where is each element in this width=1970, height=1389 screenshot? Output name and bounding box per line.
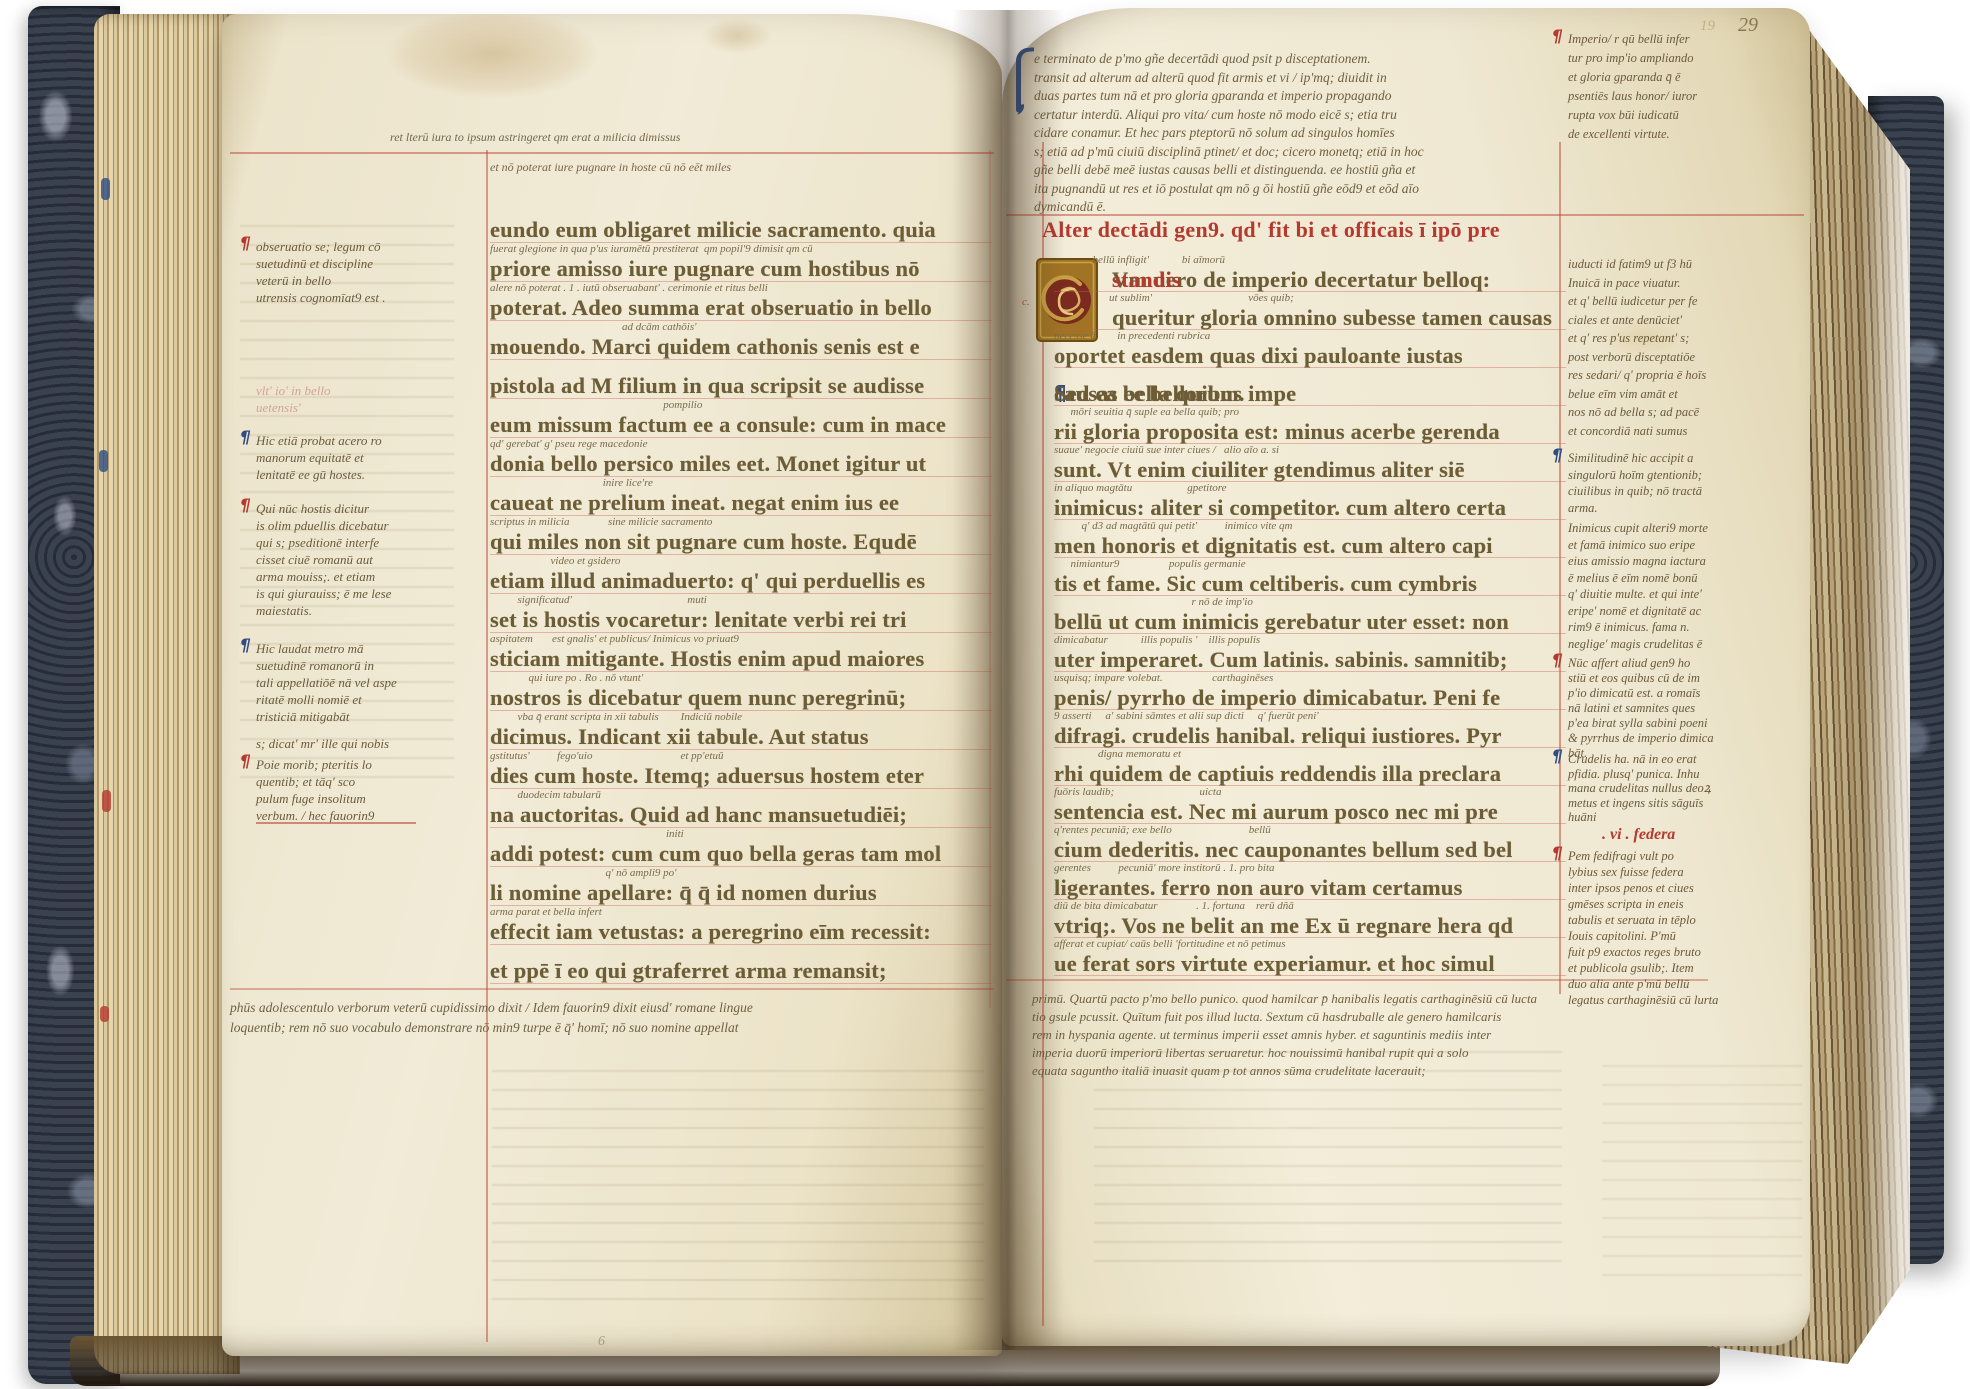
commentary-line: primū. Quartū pacto p'mo bello punico. q… [1032,990,1580,1008]
rubric-heading: Alter dectādi gen9. qd' fit bi et offica… [1042,217,1682,243]
margin-note-text: Imperio/ r qū bellū infer tur pro imp'io… [1568,30,1810,144]
text-line: et ppē ī eo qui gtraferret arma remansit… [490,945,992,984]
interlinear-gloss [490,945,992,958]
paragraph-mark-icon: ¶ [1552,448,1563,465]
main-text-column: eundo eum obligaret milicie sacramento. … [490,204,992,984]
commentary-line: duas partes tum nā et pro gloria gparand… [1034,87,1568,106]
margin-rubric-heading: . vi . federa [1602,826,1675,844]
interlinear-gloss [1054,368,1566,381]
ruling-horizontal [230,988,994,990]
commentary-line: loquentib; rem nō suo vocabulo demonstra… [230,1018,996,1038]
paragraph-mark-icon: ¶ [1552,750,1563,765]
paragraph-mark-remnant-icon [100,1006,109,1022]
header-gloss-line: et nō poterat iure pugnare in hoste cū n… [490,160,731,175]
interlinear-gloss: fuōris laudib; uicta [1054,786,1566,799]
text-line: 9 asserti a' sabini sāmtes et alii sup d… [1054,710,1566,748]
interlinear-gloss: vba q̄ erant scripta in xii tabulis Indi… [490,711,992,724]
text-line: in aliquo magtātu gpetitore inimicus: al… [1054,482,1566,520]
text-line: alere nō poterat . 1 . iutū obseruabant'… [490,282,992,321]
text-line: necesse ē in precedenti rubrica oportet … [1054,330,1566,368]
text-line: aspitatem est gnalis' et publicus/ Inimi… [490,633,992,672]
left-page: ret lterū iura to ipsum astringeret qm e… [222,14,1002,1356]
text-line: gstitutus' fego'uio et pp'etuū dies cum … [490,750,992,789]
text-line: significatud' muti set is hostis vocaret… [490,594,992,633]
text-line: video et gsidero etiam illud animaduerto… [490,555,992,594]
margin-note-text: Qui nūc hostis dicitur is olim pduellis … [256,500,512,619]
blue-initial-bracket-icon [1016,47,1034,113]
margin-note-text: Poie morib; pteritis lo quentib; et tāq'… [256,756,512,824]
bottom-commentary: phūs adolescentulo verborum veterū cupid… [230,998,996,1038]
interlinear-gloss: qui iure po . Ro . nō vtunt' [490,672,992,685]
text-line: suaue' negocie ciuiū sue inter ciues / a… [1054,444,1566,482]
ruling-horizontal [230,152,994,154]
text-line: fuōris laudib; uicta sentencia est. Nec … [1054,786,1566,824]
interlinear-gloss: inire lice're [490,477,992,490]
paragraph-mark-icon: ¶ [1552,846,1563,862]
interlinear-gloss: diū de bita dimicabatur . 1. fortuna rer… [1054,900,1566,913]
interlinear-gloss: gerentes pecuniā' more institorū . 1. pr… [1054,862,1566,875]
margin-note-text: Inimicus cupit alteri9 morte et famā ini… [1568,520,1810,652]
paragraph-mark-remnant-icon [102,790,111,812]
paragraph-mark-icon: ¶ [240,430,251,447]
interlinear-gloss: video et gsidero [490,555,992,568]
text-line: initi addi potest: cum cum quo bella ger… [490,828,992,867]
interlinear-gloss: scriptus in milicia sine milicie sacrame… [490,516,992,529]
text-line: q'rentes pecuniā; exe bello bellū cium d… [1054,824,1566,862]
commentary-line: equata saguntho italiā inuasit quam p to… [1032,1062,1580,1080]
commentary-line: transit ad alterum ad alterū quod fit ar… [1034,69,1568,88]
margin-note: ¶Qui nūc hostis dicitur is olim pduellis… [256,500,512,619]
interlinear-gloss: suaue' negocie ciuiū sue inter ciues / a… [1054,444,1566,457]
margin-note-text: Hic etiā probat acero ro manorum equitat… [256,432,512,483]
margin-note: ¶Crudelis ha. nā in eo erat pfidia. plus… [1568,752,1810,825]
interlinear-gloss: bellū infligit' bi aīmorū [1054,254,1566,267]
interlinear-gloss: usquisq; impare volebat. carthaginēses [1054,672,1566,685]
text-line: nimiantur9 populis germanie tis et fame.… [1054,558,1566,596]
interlinear-gloss: pompilio [490,399,992,412]
text-line: causas ee bellorum.¶ Sed ea bella quibus… [1054,368,1566,406]
commentary-line: ita pugnandū ut res et iō postulat qm nō… [1034,180,1568,199]
rubricated-word: standis [1112,267,1181,292]
paragraph-mark-icon: ¶ [240,638,251,655]
text-line: usquisq; impare volebat. carthaginēses p… [1054,672,1566,710]
illuminator-guide-letter: c. [1022,296,1030,308]
text-line: pistola ad M filium in qua scripsit se a… [490,360,992,399]
margin-note: ¶Similitudinē hic accipit a singulorū ho… [1568,450,1810,516]
commentary-line: gñe belli debē meē iustas causas belli e… [1034,161,1568,180]
margin-note-text: Similitudinē hic accipit a singulorū hoī… [1568,450,1810,516]
commentary-line: certatur interdū. Aliqui pro vita/ cum h… [1034,106,1568,125]
text-line: eundo eum obligaret milicie sacramento. … [490,204,992,243]
interlinear-gloss: fuerat glegione in qua p'us iuramētū pre… [490,243,992,256]
main-text-column: bellū infligit' bi aīmorū Vm uero de imp… [1054,254,1566,976]
text-line: duodecim tabularū na auctoritas. Quid ad… [490,789,992,828]
commentary-line: cidare conamur. Et hec pars pteptorū nō … [1034,124,1568,143]
margin-note: ¶Nūc affert aliud gen9 ho stiū et eos qu… [1568,656,1810,761]
interlinear-gloss: dimicabatur illis populis ' illis populi… [1054,634,1566,647]
interlinear-gloss: ad dcām cathōis' [490,321,992,334]
commentary-line: phūs adolescentulo verborum veterū cupid… [230,998,996,1018]
interlinear-gloss: digna memoratu et [1054,748,1566,761]
margin-note: ¶Poie morib; pteritis lo quentib; et tāq… [256,756,512,824]
paragraph-mark-remnant-icon [101,178,110,200]
paragraph-mark-remnant-icon [99,450,108,472]
margin-note-text: vlt' io' in bello uetensis' [256,382,512,416]
right-page: 19 29 e terminato de p'mo gñe decertādi … [1002,8,1810,1346]
interlinear-gloss: qd' gerebat' g' pseu rege macedonie [490,438,992,451]
interlinear-gloss: initi [490,828,992,841]
margin-note: vlt' io' in bello uetensis' [256,382,512,416]
commentary-line: rem in hyspania agente. ut terminus impe… [1032,1026,1580,1044]
margin-note: s; dicat' mr' ille qui nobis [256,735,512,752]
interlinear-gloss: ut sublim' vōes quib; [1054,292,1566,305]
interlinear-gloss: q'rentes pecuniā; exe bello bellū [1054,824,1566,837]
text-line: bellū infligit' bi aīmorū Vm uero de imp… [1054,254,1566,292]
interlinear-gloss: q' nō ampli9 po' [490,867,992,880]
text-line: qd' gerebat' g' pseu rege macedonie doni… [490,438,992,477]
quire-mark: 6 [598,1334,605,1350]
margin-note-text: Pem fedifragi vult po lybius sex fuisse … [1568,848,1810,1008]
text-line: digna memoratu et rhi quidem de captiuis… [1054,748,1566,786]
text-line: ad dcām cathōis' mouendo. Marci quidem c… [490,321,992,360]
show-through-text [1602,1048,1802,1288]
commentary-line: s; etiā ad p'mū ciuiū disciplinā ptinet/… [1034,143,1568,162]
margin-note-text: iuducti id fatim9 ut f3 hū Inuicā in pac… [1568,255,1810,440]
paragraph-mark-icon: ¶ [240,236,251,253]
text-line: fuerat glegione in qua p'us iuramētū pre… [490,243,992,282]
interlinear-gloss: arma parat et bella infert [490,906,992,919]
interlinear-gloss: afferat et cupiat/ caūs belli 'fortitudi… [1054,938,1566,951]
header-gloss-line: ret lterū iura to ipsum astringeret qm e… [390,130,680,145]
interlinear-gloss: q' d3 ad magtātū qui petit' inimico vite… [1054,520,1566,533]
margin-note-text: Hic laudat metro mā suetudinē romanorū i… [256,640,512,725]
interlinear-gloss: in aliquo magtātu gpetitore [1054,482,1566,495]
show-through-text [1094,1048,1562,1274]
margin-note-text: s; dicat' mr' ille qui nobis [256,735,512,752]
text-line: scriptus in milicia sine milicie sacrame… [490,516,992,555]
text-line: ut sublim' vōes quib; queritur gloria om… [1054,292,1566,330]
paragraph-mark-icon: ¶ [240,498,251,515]
paragraph-mark-icon: ¶ [1552,28,1563,47]
interlinear-gloss: gstitutus' fego'uio et pp'etuū [490,750,992,763]
text-line: pompilio eum missum factum ee a consule:… [490,399,992,438]
margin-note: ¶Imperio/ r qū bellū infer tur pro imp'i… [1568,30,1810,144]
commentary-line: e terminato de p'mo gñe decertādi quod p… [1034,50,1568,69]
text-line: gerentes pecuniā' more institorū . 1. pr… [1054,862,1566,900]
text-line: dimicabatur illis populis ' illis populi… [1054,634,1566,672]
text-line: diū de bita dimicabatur . 1. fortuna rer… [1054,900,1566,938]
interlinear-gloss: alere nō poterat . 1 . iutū obseruabant'… [490,282,992,295]
interlinear-gloss: duodecim tabularū [490,789,992,802]
interlinear-gloss: r nō de imp'io [1054,596,1566,609]
manuscript-photograph: ret lterū iura to ipsum astringeret qm e… [0,0,1970,1389]
margin-note-text: obseruatio se; legum cō suetudinū et dis… [256,238,512,306]
commentary-line: imperia duorū imperiorū libertas seruare… [1032,1044,1580,1062]
paragraph-mark-icon: ¶ [240,754,251,771]
text-line: q' d3 ad magtātū qui petit' inimico vite… [1054,520,1566,558]
margin-note: ¶Hic etiā probat acero ro manorum equita… [256,432,512,483]
margin-note: ¶obseruatio se; legum cō suetudinū et di… [256,238,512,306]
interlinear-gloss: mōri seuitia q̄ suple ea bella quib; pro [1054,406,1566,419]
interlinear-gloss: significatud' muti [490,594,992,607]
text-line: vba q̄ erant scripta in xii tabulis Indi… [490,711,992,750]
text-line: q' nō ampli9 po' li nomine apellare: q̄ … [490,867,992,906]
bottom-commentary: primū. Quartū pacto p'mo bello punico. q… [1032,990,1580,1080]
interlinear-gloss [490,204,992,217]
interlinear-gloss: 9 asserti a' sabini sāmtes et alii sup d… [1054,710,1566,723]
interlinear-gloss: nimiantur9 populis germanie [1054,558,1566,571]
text-line: arma parat et bella infert effecit iam v… [490,906,992,945]
text-line: qui iure po . Ro . nō vtunt' nostros is … [490,672,992,711]
margin-note-text: Crudelis ha. nā in eo erat pfidia. plusq… [1568,752,1810,825]
paragraph-mark-icon: ¶ [1552,654,1563,669]
show-through-text [492,1060,984,1312]
margin-note: ¶Pem fedifragi vult po lybius sex fuisse… [1568,848,1810,1008]
margin-note: iuducti id fatim9 ut f3 hū Inuicā in pac… [1568,255,1810,440]
commentary-line: tio gsule pcussit. Quītum fuit pos illud… [1032,1008,1580,1026]
top-commentary: e terminato de p'mo gñe decertādi quod p… [1034,50,1568,217]
text-line: r nō de imp'io bellū ut cum inimicis ger… [1054,596,1566,634]
margin-note-text: Nūc affert aliud gen9 ho stiū et eos qui… [1568,656,1810,761]
margin-note: Inimicus cupit alteri9 morte et famā ini… [1568,520,1810,652]
interlinear-gloss [490,360,992,373]
margin-note: ¶Hic laudat metro mā suetudinē romanorū … [256,640,512,725]
text-line: afferat et cupiat/ caūs belli 'fortitudi… [1054,938,1566,976]
page-stack-left-edge [94,14,240,1374]
interlinear-gloss: necesse ē in precedenti rubrica [1054,330,1566,343]
text-line: mōri seuitia q̄ suple ea bella quib; pro… [1054,406,1566,444]
commentary-line: dymicandū ē. [1034,198,1568,217]
interlinear-gloss: aspitatem est gnalis' et publicus/ Inimi… [490,633,992,646]
text-line: inire lice're caueat ne prelium ineat. n… [490,477,992,516]
